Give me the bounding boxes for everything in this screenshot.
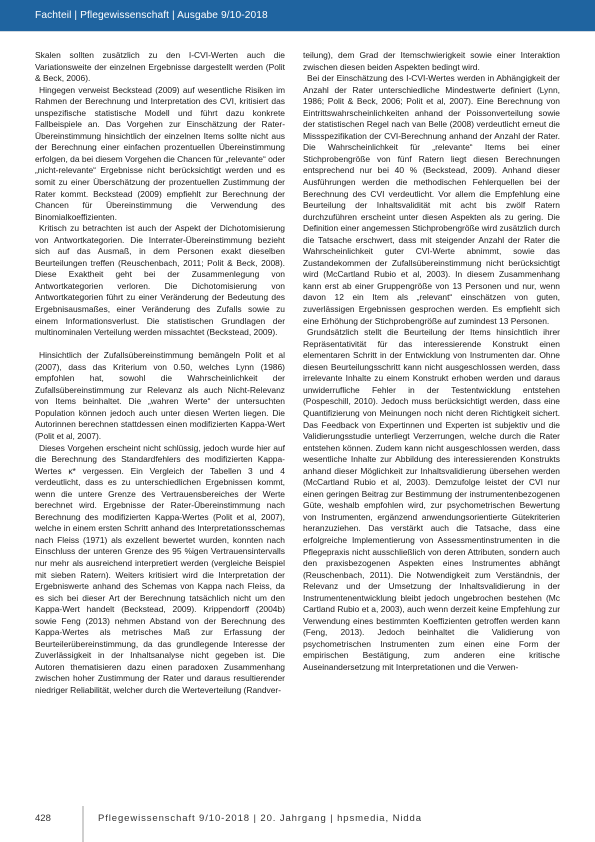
footer-divider [82,806,84,842]
left-text-column: Skalen sollten zusätzlich zu den I-CVI-W… [35,50,285,697]
paragraph: Bei der Einschätzung des I-CVI-Wertes we… [303,73,560,327]
paragraph: Hinsichtlich der Zufallsübereinstimmung … [35,350,285,442]
paragraph: teilung), dem Grad der Itemschwierigkeit… [303,50,560,73]
paragraph: Grundsätzlich stellt die Beurteilung der… [303,327,560,673]
paragraph: Hingegen verweist Beckstead (2009) auf w… [35,85,285,224]
paragraph: Dieses Vorgehen erscheint nicht schlüssi… [35,443,285,697]
paragraph: Kritisch zu betrachten ist auch der Aspe… [35,223,285,338]
paragraph: Skalen sollten zusätzlich zu den I-CVI-W… [35,50,285,85]
header-bar: Fachteil | Pflegewissenschaft | Ausgabe … [0,0,595,32]
running-header-title: Fachteil | Pflegewissenschaft | Ausgabe … [35,10,268,21]
right-text-column: teilung), dem Grad der Itemschwierigkeit… [303,50,560,674]
footer-publication-info: Pflegewissenschaft 9/10-2018 | 20. Jahrg… [98,813,422,824]
page-number: 428 [35,813,51,824]
